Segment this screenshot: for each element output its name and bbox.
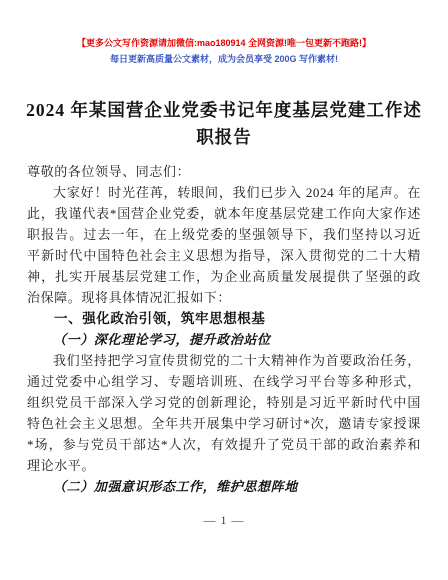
promo-banner-line2: 每日更新高质量公文素材，成为会员享受 200G 写作素材! — [0, 52, 448, 65]
document-title: 2024 年某国营企业党委书记年度基层党建工作述职报告 — [26, 97, 422, 151]
section-1-heading: 一、强化政治引领，筑牢思想根基 — [27, 308, 421, 329]
page-number: — 1 — — [0, 513, 448, 528]
promo-banner-line1: 【更多公文写作资源请加微信:mao180914 全网资源!唯一包更新不跑路!】 — [0, 36, 448, 49]
section-1-subheading-1: （一）深化理论学习，提升政治站位 — [27, 329, 421, 350]
salutation: 尊敬的各位领导、同志们： — [27, 161, 421, 182]
document-page: 【更多公文写作资源请加微信:mao180914 全网资源!唯一包更新不跑路!】 … — [0, 0, 448, 580]
intro-paragraph: 大家好！时光荏苒，转眼间，我们已步入 2024 年的尾声。在此，我谨代表*国营企… — [27, 182, 421, 308]
section-1-sub1-paragraph: 我们坚持把学习宣传贯彻党的二十大精神作为首要政治任务，通过党委中心组学习、专题培… — [27, 350, 421, 476]
section-1-subheading-2: （二）加强意识形态工作，维护思想阵地 — [27, 476, 421, 497]
document-body: 尊敬的各位领导、同志们： 大家好！时光荏苒，转眼间，我们已步入 2024 年的尾… — [27, 161, 421, 497]
promo-banner: 【更多公文写作资源请加微信:mao180914 全网资源!唯一包更新不跑路!】 … — [0, 36, 448, 65]
